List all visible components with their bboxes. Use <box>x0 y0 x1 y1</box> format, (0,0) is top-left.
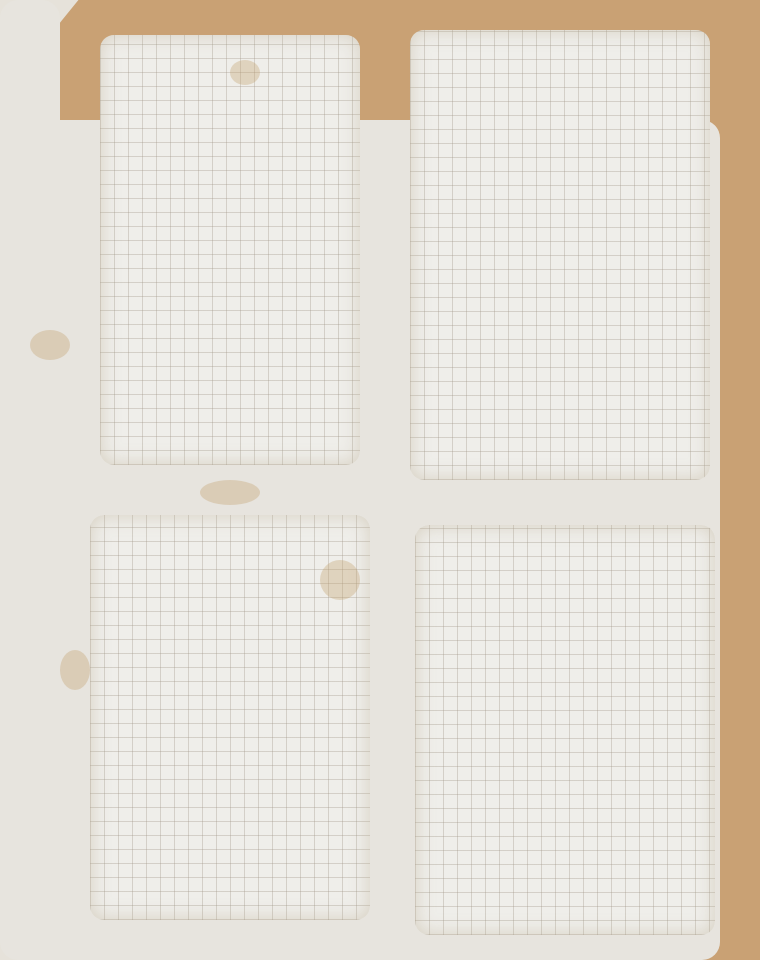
panel-bottom-right <box>415 525 715 935</box>
artwork-canvas <box>0 0 760 960</box>
stain <box>60 650 90 690</box>
stain <box>200 480 260 505</box>
panel-top-left <box>100 35 360 465</box>
stain <box>320 560 360 600</box>
stain <box>230 60 260 85</box>
panel-top-right <box>410 30 710 480</box>
plaster-left <box>0 0 60 300</box>
stain <box>30 330 70 360</box>
